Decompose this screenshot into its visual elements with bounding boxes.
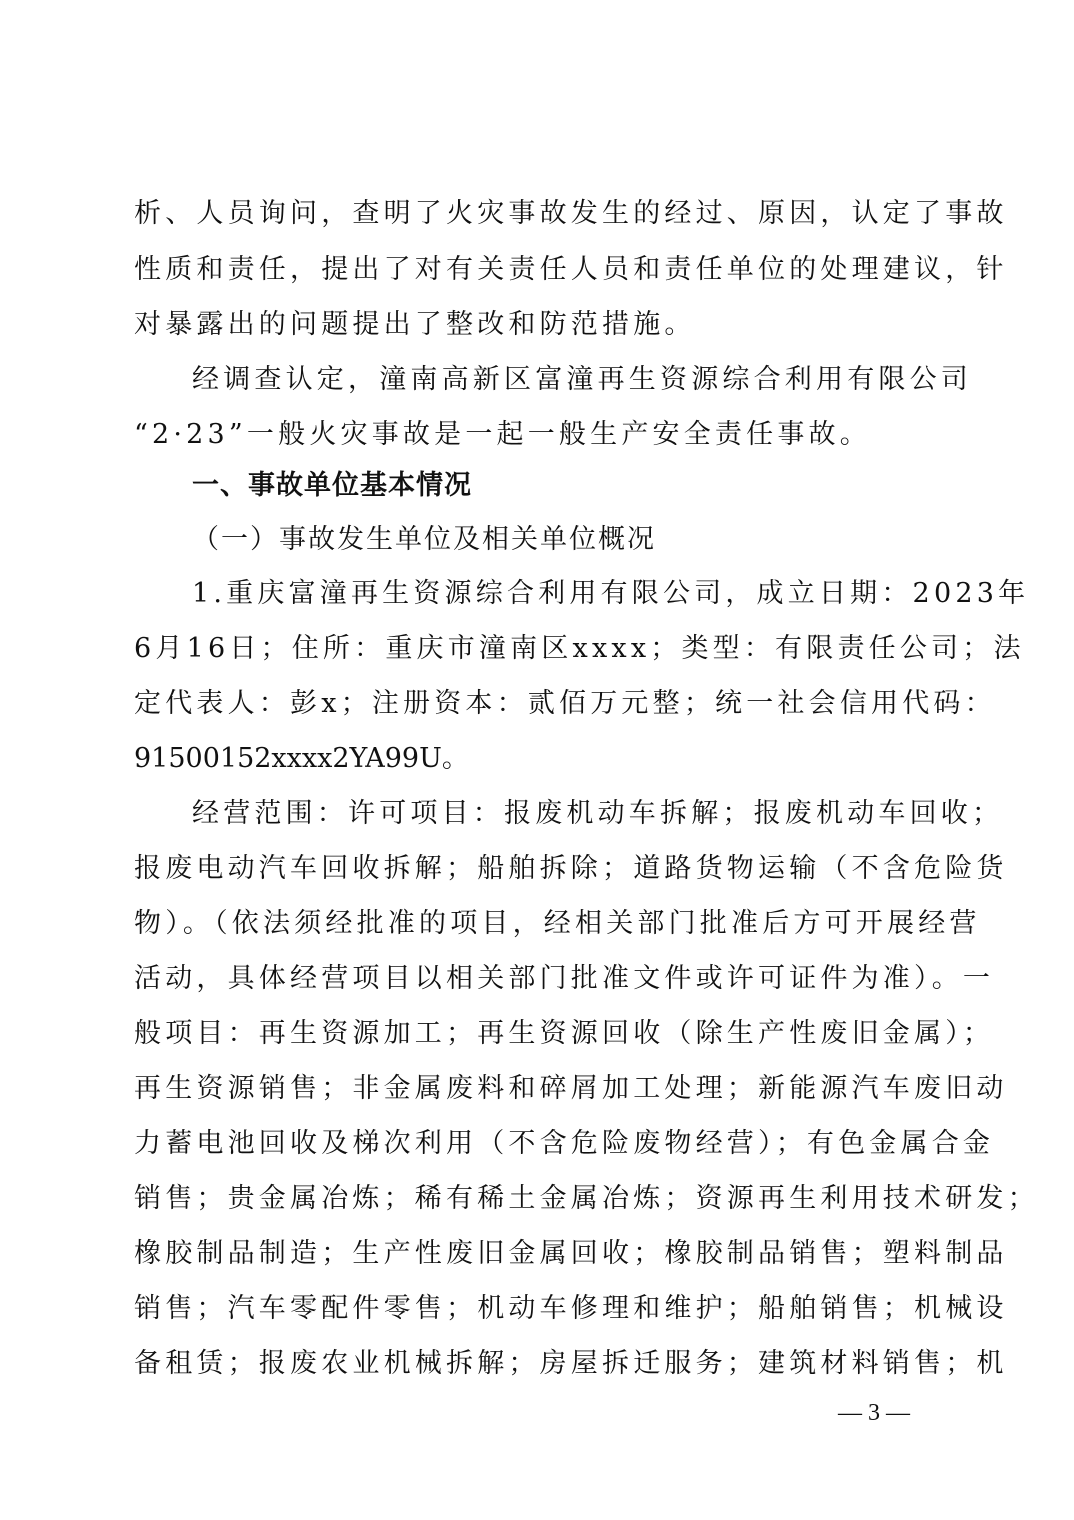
paragraph-line: 经营范围：许可项目：报废机动车拆解；报废机动车回收； bbox=[192, 796, 942, 832]
subsection-heading: （一）事故发生单位及相关单位概况 bbox=[192, 522, 942, 558]
paragraph-line: 备租赁；报废农业机械拆解；房屋拆迁服务；建筑材料销售；机 bbox=[134, 1346, 942, 1382]
paragraph-line: 力蓄电池回收及梯次利用（不含危险废物经营）；有色金属合金 bbox=[134, 1126, 942, 1162]
paragraph-line: 销售；汽车零配件零售；机动车修理和维护；船舶销售；机械设 bbox=[134, 1291, 942, 1327]
paragraph-line: 般项目：再生资源加工；再生资源回收（除生产性废旧金属）； bbox=[134, 1016, 942, 1052]
paragraph-line: 经调查认定，潼南高新区富潼再生资源综合利用有限公司 bbox=[192, 362, 942, 398]
paragraph-line: 销售；贵金属冶炼；稀有稀土金属冶炼；资源再生利用技术研发； bbox=[134, 1181, 942, 1217]
paragraph-line: 定代表人：彭x；注册资本：贰佰万元整；统一社会信用代码： bbox=[134, 686, 942, 722]
page-number: — 3 — bbox=[838, 1400, 910, 1427]
paragraph-line: 报废电动汽车回收拆解；船舶拆除；道路货物运输（不含危险货 bbox=[134, 851, 942, 887]
paragraph-line: 91500152xxxx2YA99U。 bbox=[134, 741, 942, 777]
paragraph-line: 6月16日；住所：重庆市潼南区xxxx；类型：有限责任公司；法 bbox=[134, 631, 942, 667]
paragraph-line: 对暴露出的问题提出了整改和防范措施。 bbox=[134, 307, 942, 343]
paragraph-line: 物）。（依法须经批准的项目，经相关部门批准后方可开展经营 bbox=[134, 906, 942, 942]
paragraph-line: 性质和责任，提出了对有关责任人员和责任单位的处理建议，针 bbox=[134, 252, 942, 288]
paragraph-line: 橡胶制品制造；生产性废旧金属回收；橡胶制品销售；塑料制品 bbox=[134, 1236, 942, 1272]
paragraph-line: 再生资源销售；非金属废料和碎屑加工处理；新能源汽车废旧动 bbox=[134, 1071, 942, 1107]
paragraph-line: 析、人员询问，查明了火灾事故发生的经过、原因，认定了事故 bbox=[134, 196, 942, 232]
paragraph-line: 活动，具体经营项目以相关部门批准文件或许可证件为准）。一 bbox=[134, 961, 942, 997]
paragraph-line: 1.重庆富潼再生资源综合利用有限公司，成立日期：2023年 bbox=[192, 576, 942, 612]
section-heading: 一、事故单位基本情况 bbox=[192, 468, 942, 504]
paragraph-line: “2·23”一般火灾事故是一起一般生产安全责任事故。 bbox=[134, 417, 942, 453]
